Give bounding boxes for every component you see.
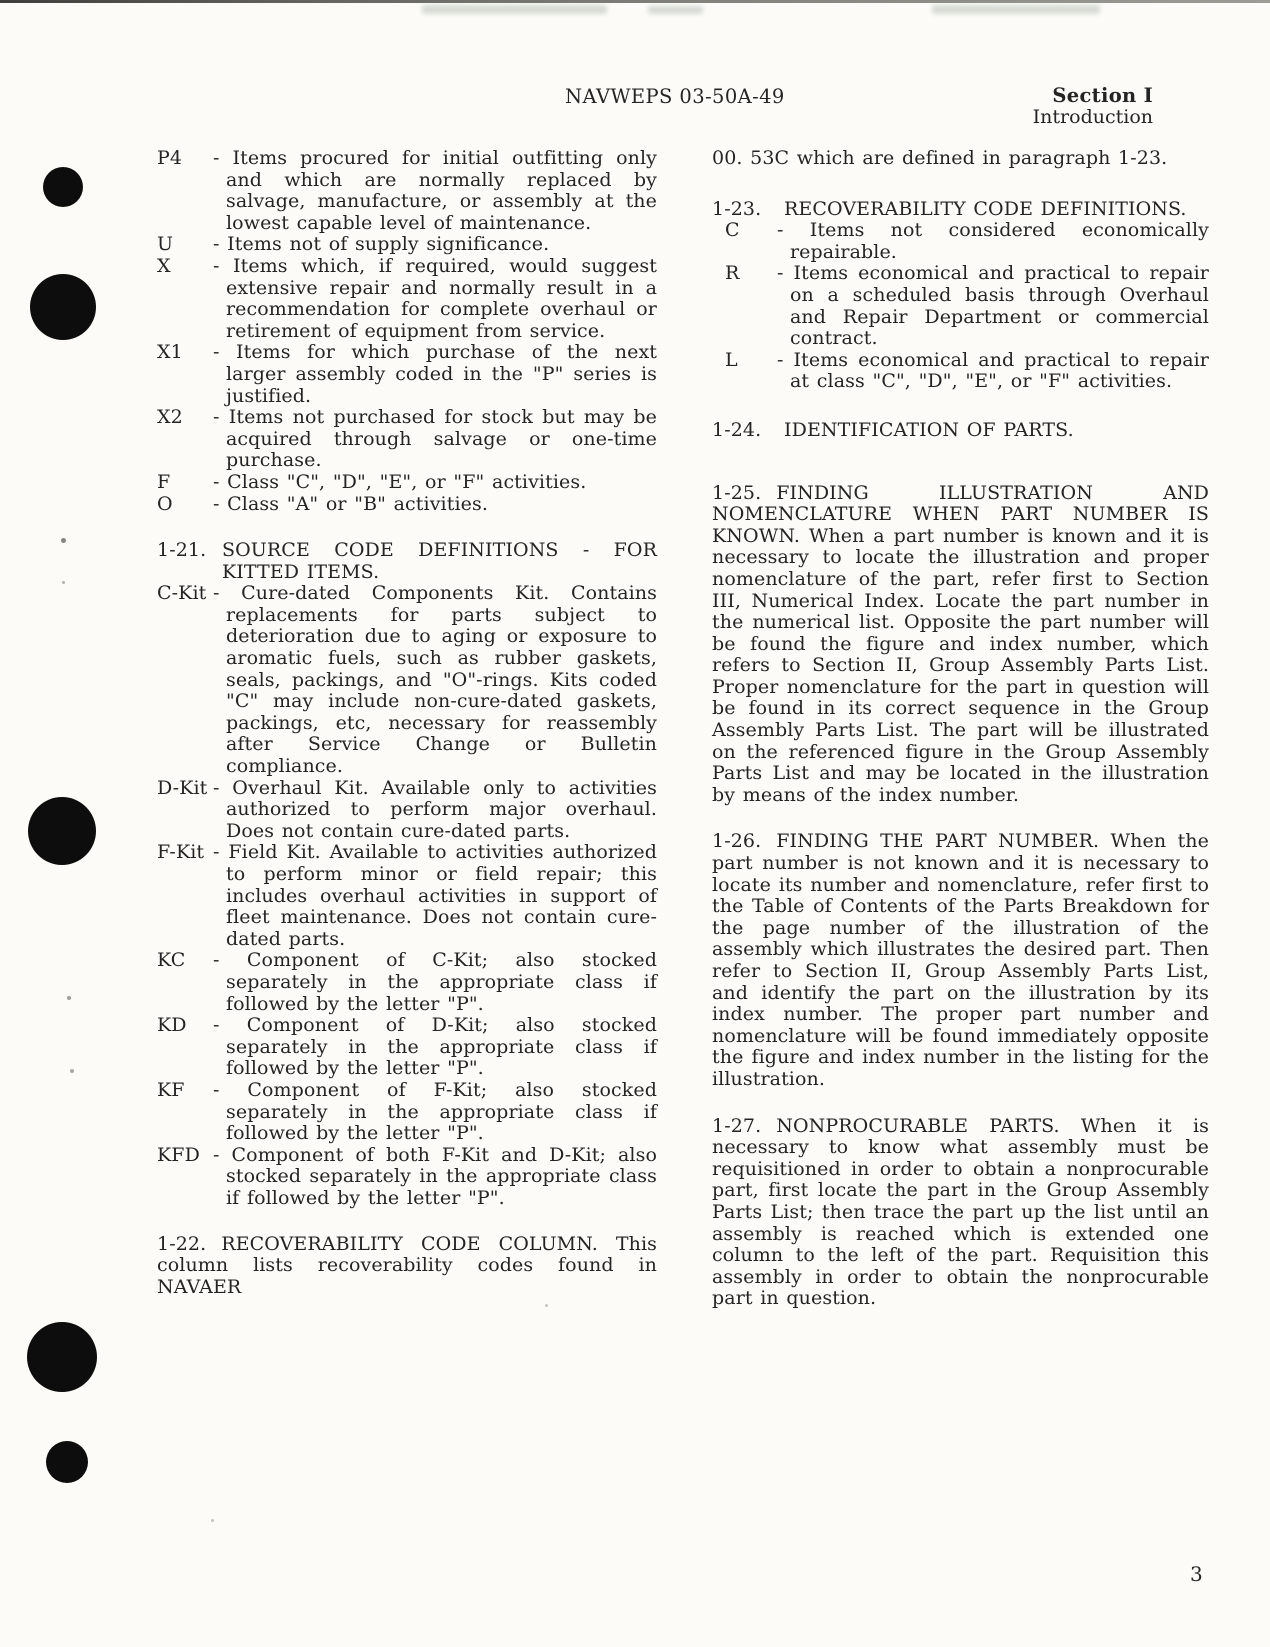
kit-code-term: D-Kit	[157, 778, 213, 843]
kit-code-entry: KF - Component of F-Kit; also stocked se…	[157, 1080, 657, 1145]
punch-hole-mark	[46, 1441, 88, 1483]
punch-hole-mark	[43, 167, 83, 207]
kit-code-entry: C-Kit - Cure-dated Components Kit. Conta…	[157, 583, 657, 777]
paragraph-1-25: 1-25.FINDING ILLUSTRATION AND NOMENCLATU…	[712, 483, 1209, 807]
scan-smudge	[422, 5, 607, 14]
paragraph-number: 1-25.	[712, 482, 761, 504]
paragraph-1-22: 1-22.RECOVERABILITY CODE COLUMN. This co…	[157, 1234, 657, 1299]
source-code-definition: - Items for which purchase of the next l…	[213, 342, 657, 407]
source-code-entry: O - Class "A" or "B" activities.	[157, 494, 657, 516]
source-code-entry: X - Items which, if required, would sugg…	[157, 256, 657, 342]
paragraph-text: FINDING THE PART NUMBER. When the part n…	[712, 830, 1209, 1090]
doc-number: NAVWEPS 03-50A-49	[565, 85, 785, 108]
page-number: 3	[1190, 1562, 1203, 1586]
heading-1-24: 1-24. IDENTIFICATION OF PARTS.	[712, 420, 1209, 442]
kit-code-entry: KC - Component of C-Kit; also stocked se…	[157, 950, 657, 1015]
scan-edge-line	[0, 0, 1270, 3]
source-code-definition: - Class "C", "D", "E", or "F" activities…	[213, 472, 657, 494]
paragraph-number: 1-22.	[157, 1233, 206, 1255]
punch-hole-mark	[28, 797, 96, 865]
paragraph-number: 1-26.	[712, 830, 761, 852]
kit-code-definition: - Component of both F-Kit and D-Kit; als…	[213, 1145, 657, 1210]
source-code-definition: - Items procured for initial outfitting …	[213, 148, 657, 234]
scan-speck	[67, 996, 71, 1000]
source-code-term: X2	[157, 407, 213, 472]
paragraph-number: 1-21.	[157, 540, 206, 562]
kit-code-definition: - Cure-dated Components Kit. Contains re…	[213, 583, 657, 777]
source-code-term: X	[157, 256, 213, 342]
kit-code-entry: KD - Component of D-Kit; also stocked se…	[157, 1015, 657, 1080]
kit-code-entry: F-Kit - Field Kit. Available to activiti…	[157, 842, 657, 950]
kit-code-term: KFD	[157, 1145, 213, 1210]
continuation-text: 00. 53C which are defined in paragraph 1…	[712, 148, 1209, 170]
paragraph-text: RECOVERABILITY CODE COLUMN. This column …	[157, 1233, 657, 1298]
kit-code-term: KF	[157, 1080, 213, 1145]
kit-code-entry: KFD - Component of both F-Kit and D-Kit;…	[157, 1145, 657, 1210]
source-code-entry: X1 - Items for which purchase of the nex…	[157, 342, 657, 407]
kit-code-definition: - Component of D-Kit; also stocked separ…	[213, 1015, 657, 1080]
paragraph-number: 1-23.	[712, 199, 761, 221]
paragraph-1-27: 1-27.NONPROCURABLE PARTS. When it is nec…	[712, 1116, 1209, 1310]
kit-code-term: F-Kit	[157, 842, 213, 950]
heading-title: IDENTIFICATION OF PARTS.	[784, 419, 1074, 441]
paragraph-number: 1-24.	[712, 420, 761, 442]
scan-smudge	[932, 5, 1100, 14]
punch-hole-mark	[27, 1322, 97, 1392]
paragraph-text: FINDING ILLUSTRATION AND NOMENCLATURE WH…	[712, 482, 1209, 806]
kit-code-definition: - Field Kit. Available to activities aut…	[213, 842, 657, 950]
paragraph-1-26: 1-26.FINDING THE PART NUMBER. When the p…	[712, 831, 1209, 1090]
source-code-definition: - Class "A" or "B" activities.	[213, 494, 657, 516]
manual-page: NAVWEPS 03-50A-49 Section I Introduction…	[0, 0, 1270, 1647]
left-column: P4 - Items procured for initial outfitti…	[157, 148, 657, 1298]
kit-code-term: KC	[157, 950, 213, 1015]
recoverability-code-term: R	[712, 263, 777, 349]
right-column: 00. 53C which are defined in paragraph 1…	[712, 148, 1209, 1310]
section-label: Section I	[1052, 84, 1153, 107]
source-code-entry: F - Class "C", "D", "E", or "F" activiti…	[157, 472, 657, 494]
source-code-term: U	[157, 234, 213, 256]
scan-speck	[61, 538, 66, 543]
recoverability-code-definition: - Items economical and practical to repa…	[777, 350, 1209, 393]
source-code-term: X1	[157, 342, 213, 407]
scan-speck	[62, 581, 65, 584]
kit-code-term: KD	[157, 1015, 213, 1080]
kit-code-definition: - Overhaul Kit. Available only to activi…	[213, 778, 657, 843]
scan-smudge	[648, 6, 703, 14]
source-code-entry: U - Items not of supply significance.	[157, 234, 657, 256]
kit-code-definition: - Component of C-Kit; also stocked separ…	[213, 950, 657, 1015]
source-code-term: P4	[157, 148, 213, 234]
recoverability-code-term: C	[712, 220, 777, 263]
recoverability-code-entry: L - Items economical and practical to re…	[712, 350, 1209, 393]
source-code-term: O	[157, 494, 213, 516]
scan-speck	[545, 1304, 548, 1307]
scan-speck	[211, 1519, 214, 1522]
source-code-entry: X2 - Items not purchased for stock but m…	[157, 407, 657, 472]
recoverability-code-term: L	[712, 350, 777, 393]
recoverability-code-definition: - Items economical and practical to repa…	[777, 263, 1209, 349]
kit-code-term: C-Kit	[157, 583, 213, 777]
heading-title: SOURCE CODE DEFINITIONS - FOR KITTED ITE…	[222, 539, 657, 583]
heading-1-21: 1-21. SOURCE CODE DEFINITIONS - FOR KITT…	[157, 540, 657, 583]
recoverability-code-entry: C - Items not considered economically re…	[712, 220, 1209, 263]
subsection-label: Introduction	[1033, 106, 1153, 128]
source-code-term: F	[157, 472, 213, 494]
paragraph-text: NONPROCURABLE PARTS. When it is necessar…	[712, 1115, 1209, 1310]
source-code-definition: - Items which, if required, would sugges…	[213, 256, 657, 342]
source-code-entry: P4 - Items procured for initial outfitti…	[157, 148, 657, 234]
source-code-definition: - Items not of supply significance.	[213, 234, 657, 256]
recoverability-code-entry: R - Items economical and practical to re…	[712, 263, 1209, 349]
recoverability-code-definition: - Items not considered economically repa…	[777, 220, 1209, 263]
punch-hole-mark	[30, 274, 96, 340]
heading-title: RECOVERABILITY CODE DEFINITIONS.	[784, 198, 1187, 220]
heading-1-23: 1-23. RECOVERABILITY CODE DEFINITIONS.	[712, 199, 1209, 221]
scan-speck	[70, 1069, 74, 1073]
kit-code-definition: - Component of F-Kit; also stocked separ…	[213, 1080, 657, 1145]
paragraph-number: 1-27.	[712, 1115, 761, 1137]
source-code-definition: - Items not purchased for stock but may …	[213, 407, 657, 472]
kit-code-entry: D-Kit - Overhaul Kit. Available only to …	[157, 778, 657, 843]
